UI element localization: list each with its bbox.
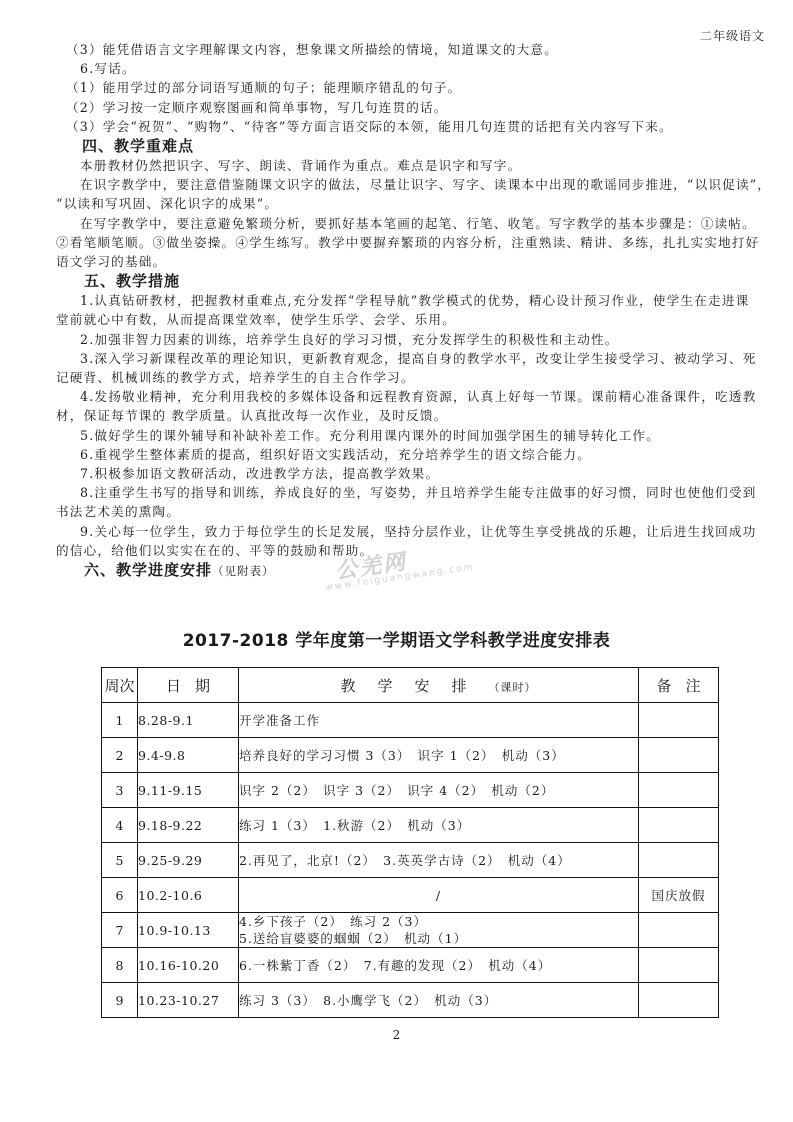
page-number: 2 xyxy=(0,1028,793,1042)
text-line: （2）学习按一定顺序观察图画和简单事物，写几句连贯的话。 xyxy=(60,98,740,117)
paragraph-line: 语文学习的基础。 xyxy=(56,252,740,271)
document-body: （3）能凭借语言文字理解课文内容，想象课文所描绘的情境，知道课文的大意。 6.写… xyxy=(60,40,740,581)
paragraph-line: 堂前就心中有数，从而提高课堂效率，使学生乐学、会学、乐用。 xyxy=(56,310,740,329)
cell-plan-line: 4.乡下孩子（2） 练习 2（3） xyxy=(239,913,638,930)
paragraph-line: ②看笔顺笔顺。③做坐姿操。④学生练写。教学中要摒弃繁琐的内容分析，注重熟读、精讲… xyxy=(56,233,740,252)
paragraph-line: 2.加强非智力因素的训练，培养学生良好的学习习惯，充分发挥学生的积极性和主动性。 xyxy=(60,330,740,349)
cell-remark xyxy=(639,808,719,843)
cell-plan-line: 5.送给盲婆婆的蝈蝈（2） 机动（1） xyxy=(239,930,638,947)
cell-remark xyxy=(639,948,719,983)
cell-remark xyxy=(639,738,719,773)
cell-plan: 培养良好的学习习惯 3（3） 识字 1（2） 机动（3） xyxy=(239,738,639,773)
cell-remark xyxy=(639,913,719,948)
text-line: （1）能用学过的部分词语写通顺的句子；能理顺序错乱的句子。 xyxy=(60,78,740,97)
cell-week: 4 xyxy=(102,808,138,843)
table-row: 4 9.18-9.22 练习 1（3） 1.秋游（2） 机动（3） xyxy=(102,808,719,843)
section-note: （见附表） xyxy=(212,564,275,578)
cell-plan: 练习 1（3） 1.秋游（2） 机动（3） xyxy=(239,808,639,843)
cell-week: 2 xyxy=(102,738,138,773)
column-header-plan: 教学安排（课时） xyxy=(239,668,639,703)
cell-date: 9.11-9.15 xyxy=(138,773,239,808)
cell-date: 10.2-10.6 xyxy=(138,878,239,913)
column-header-week: 周次 xyxy=(102,668,138,703)
table-row: 3 9.11-9.15 识字 2（2） 识字 3（2） 识字 4（2） 机动（2… xyxy=(102,773,719,808)
cell-date: 8.28-9.1 xyxy=(138,703,239,738)
cell-week: 6 xyxy=(102,878,138,913)
paragraph-line: 在写字教学中，要注意避免繁琐分析，要抓好基本笔画的起笔、行笔、收笔。写字教学的基… xyxy=(60,214,740,233)
column-header-plan-label: 教学安排 xyxy=(340,677,488,695)
cell-plan: 练习 3（3） 8.小鹰学飞（2） 机动（3） xyxy=(239,983,639,1018)
cell-date: 10.23-10.27 xyxy=(138,983,239,1018)
section-heading: 五、教学措施 xyxy=(60,271,740,291)
cell-remark xyxy=(639,703,719,738)
table-row: 7 10.9-10.13 4.乡下孩子（2） 练习 2（3） 5.送给盲婆婆的蝈… xyxy=(102,913,719,948)
cell-remark: 国庆放假 xyxy=(639,878,719,913)
cell-remark xyxy=(639,773,719,808)
table-row: 1 8.28-9.1 开学准备工作 xyxy=(102,703,719,738)
column-header-date: 日期 xyxy=(138,668,239,703)
cell-week: 3 xyxy=(102,773,138,808)
paragraph-line: 1.认真钻研教材，把握教材重难点,充分发挥“学程导航”教学模式的优势，精心设计预… xyxy=(60,291,740,310)
cell-plan: 4.乡下孩子（2） 练习 2（3） 5.送给盲婆婆的蝈蝈（2） 机动（1） xyxy=(239,913,639,948)
cell-week: 7 xyxy=(102,913,138,948)
cell-plan: 6.一株紫丁香（2） 7.有趣的发现（2） 机动（4） xyxy=(239,948,639,983)
paragraph-line: “以读和写巩固、深化识字的成果”。 xyxy=(56,194,740,213)
cell-week: 5 xyxy=(102,843,138,878)
paragraph-line: 8.注重学生书写的指导和训练，养成良好的坐，写姿势，并且培养学生能专注做事的好习… xyxy=(60,483,740,502)
cell-plan: / xyxy=(239,878,639,913)
section-heading: 四、教学重难点 xyxy=(60,136,740,156)
paragraph-line: 9.关心每一位学生，致力于每位学生的长足发展，坚持分层作业，让优等生享受挑战的乐… xyxy=(60,522,740,541)
cell-remark xyxy=(639,843,719,878)
cell-remark xyxy=(639,983,719,1018)
paragraph-line: 材，保证每节课的 教学质量。认真批改每一次作业，及时反馈。 xyxy=(56,406,740,425)
paragraph-line: 3.深入学习新课程改革的理论知识，更新教育观念，提高自身的教学水平，改变让学生接… xyxy=(60,349,740,368)
column-header-plan-unit: （课时） xyxy=(489,681,537,694)
paragraph-line: 7.积极参加语文教研活动，改进教学方法，提高教学效果。 xyxy=(60,464,740,483)
paragraph-line: 记硬背、机械训练的教学方式，培养学生的自主合作学习。 xyxy=(56,368,740,387)
schedule-table: 周次 日期 教学安排（课时） 备注 1 8.28-9.1 开学准备工作 2 9.… xyxy=(101,667,719,1018)
table-row: 6 10.2-10.6 / 国庆放假 xyxy=(102,878,719,913)
table-row: 2 9.4-9.8 培养良好的学习习惯 3（3） 识字 1（2） 机动（3） xyxy=(102,738,719,773)
paragraph-line: 本册教材仍然把识字、写字、朗读、背诵作为重点。难点是识字和写字。 xyxy=(60,156,740,175)
section-title-text: 六、教学进度安排 xyxy=(84,561,212,579)
cell-plan: 2.再见了，北京!（2） 3.英英学古诗（2） 机动（4） xyxy=(239,843,639,878)
paragraph-line: 在识字教学中，要注意借鉴随课文识字的做法，尽量让识字、写字、读课本中出现的歌谣同… xyxy=(60,175,740,194)
cell-date: 10.16-10.20 xyxy=(138,948,239,983)
table-row: 5 9.25-9.29 2.再见了，北京!（2） 3.英英学古诗（2） 机动（4… xyxy=(102,843,719,878)
cell-date: 10.9-10.13 xyxy=(138,913,239,948)
table-row: 8 10.16-10.20 6.一株紫丁香（2） 7.有趣的发现（2） 机动（4… xyxy=(102,948,719,983)
paragraph-line: 书法艺术美的熏陶。 xyxy=(56,502,740,521)
text-line: （3）学会“祝贺”、“购物”、“待客”等方面言语交际的本领，能用几句连贯的话把有… xyxy=(60,117,740,136)
cell-date: 9.25-9.29 xyxy=(138,843,239,878)
column-header-remark: 备注 xyxy=(639,668,719,703)
paragraph-line: 6.重视学生整体素质的提高，组织好语文实践活动，充分培养学生的语文综合能力。 xyxy=(60,445,740,464)
cell-week: 8 xyxy=(102,948,138,983)
text-line: （3）能凭借语言文字理解课文内容，想象课文所描绘的情境，知道课文的大意。 xyxy=(60,40,740,59)
paragraph-line: 5.做好学生的课外辅导和补缺补差工作。充分利用课内课外的时间加强学困生的辅导转化… xyxy=(60,426,740,445)
cell-week: 9 xyxy=(102,983,138,1018)
table-title: 2017-2018 学年度第一学期语文学科教学进度安排表 xyxy=(0,626,793,651)
text-line: 6.写话。 xyxy=(60,59,740,78)
paragraph-line: 4.发扬敬业精神，充分利用我校的多媒体设备和远程教育资源，认真上好每一节课。课前… xyxy=(60,387,740,406)
cell-date: 9.4-9.8 xyxy=(138,738,239,773)
cell-plan: 识字 2（2） 识字 3（2） 识字 4（2） 机动（2） xyxy=(239,773,639,808)
cell-plan: 开学准备工作 xyxy=(239,703,639,738)
table-row: 9 10.23-10.27 练习 3（3） 8.小鹰学飞（2） 机动（3） xyxy=(102,983,719,1018)
table-header-row: 周次 日期 教学安排（课时） 备注 xyxy=(102,668,719,703)
cell-date: 9.18-9.22 xyxy=(138,808,239,843)
cell-week: 1 xyxy=(102,703,138,738)
